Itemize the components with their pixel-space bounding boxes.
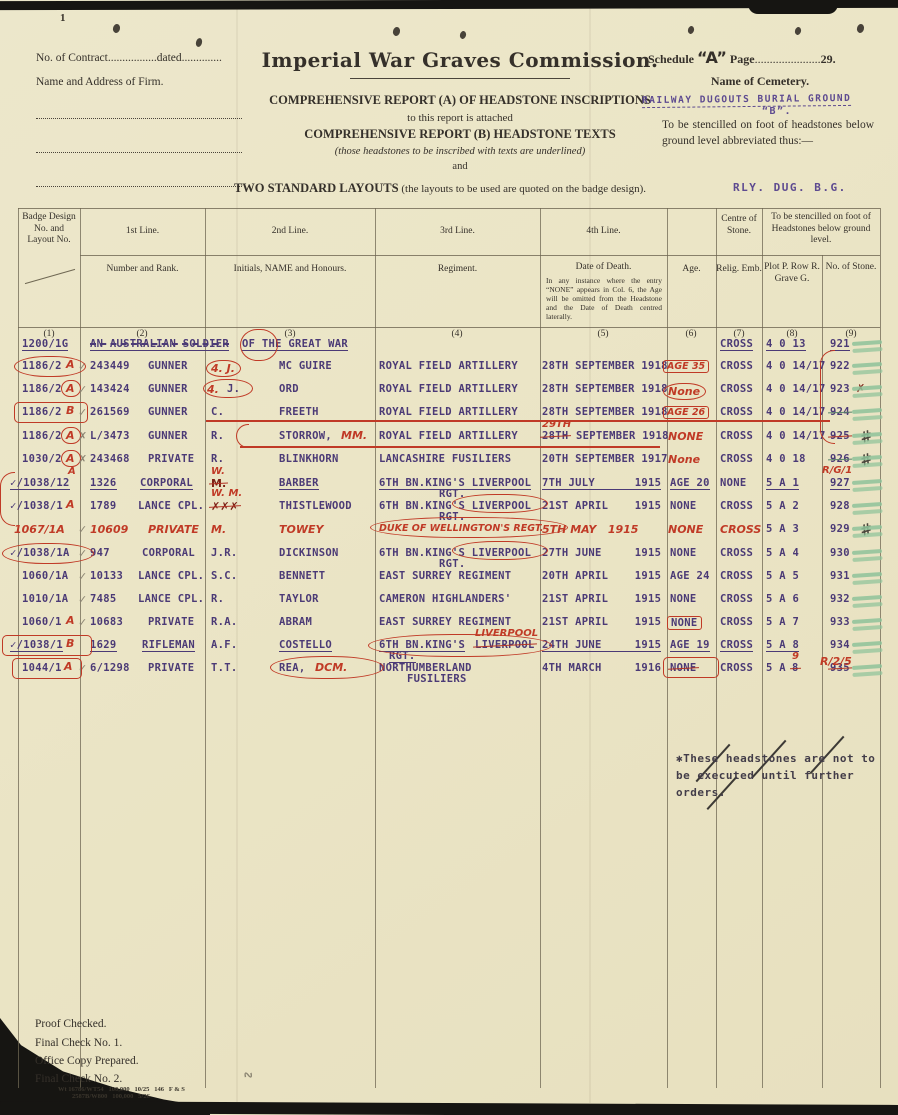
row-6-regt: LANCASHIRE FUSILIERS xyxy=(379,453,511,465)
row-7-badge: A xyxy=(68,466,76,477)
annotation-loop-14 xyxy=(368,634,552,657)
annotation-line-4 xyxy=(206,420,830,422)
row-11-emb: CROSS xyxy=(720,570,753,582)
not-executed-note: ✱These headstones are not to be executed… xyxy=(676,750,876,801)
col-number-5: (5) xyxy=(583,329,623,341)
row-5-num: L/3473 xyxy=(90,430,130,442)
row-15-rank: PRIVATE xyxy=(148,662,194,674)
green-tick-row-4 xyxy=(852,408,882,414)
row-11-age: AGE 24 xyxy=(670,570,710,582)
row-9-age: NONE xyxy=(668,523,703,536)
row-13-badge: 1060/1 xyxy=(22,616,62,628)
row-15-regt: FUSILIERS xyxy=(407,673,467,685)
row-9-num: 10609 xyxy=(90,523,128,536)
col-header-no-of-stone: No. of Stone. xyxy=(824,262,878,274)
green-tick-row-11 xyxy=(852,572,882,578)
row-13-date: 21ST APRIL 1915 xyxy=(542,616,661,628)
row-1-num: AN AUSTRALIAN SOLDIER xyxy=(90,338,229,351)
row-6-num: 243468 xyxy=(90,453,130,465)
row-7-badge: ✓/1038/12 xyxy=(10,477,70,490)
row-11-badge: 1060/1A xyxy=(22,570,68,582)
row-14-date: 24TH JUNE 1915 xyxy=(542,639,661,652)
annotation-blob-22 xyxy=(112,23,121,34)
row-5-rank: GUNNER xyxy=(148,430,188,442)
col-header-3rd-line: 3rd Line. xyxy=(375,226,540,238)
row-3-rank: GUNNER xyxy=(148,383,188,395)
row-3-emb: CROSS xyxy=(720,383,753,395)
row-6-badge: 1030/2 xyxy=(22,453,62,465)
row-4-date: 28TH SEPTEMBER 1918 xyxy=(542,406,668,418)
row-5-badge: 1186/2 xyxy=(22,430,62,442)
green-tick-row-3 xyxy=(852,385,882,391)
row-7-num: 1326 xyxy=(90,477,117,490)
table-vline-7 xyxy=(762,208,763,1088)
row-8-name: THISTLEWOOD xyxy=(279,500,352,512)
row-15-date: 4TH MARCH 1916 xyxy=(542,662,661,674)
col-header-initials: Initials, NAME and Honours. xyxy=(205,264,375,276)
annotation-box-17 xyxy=(663,657,719,678)
check-office-copy: Office Copy Prepared. xyxy=(35,1055,139,1067)
row-12-regt: CAMERON HIGHLANDERS' xyxy=(379,593,511,605)
row-3-badge: 1186/2 xyxy=(22,383,62,395)
row-1-emb: CROSS xyxy=(720,338,753,351)
table-hline-0 xyxy=(18,208,880,209)
row-9-rank: PRIVATE xyxy=(148,523,199,536)
row-15-num: 6/1298 xyxy=(90,662,130,674)
row-10-age: NONE xyxy=(670,547,697,559)
row-9-badge: 1067/1A xyxy=(14,523,65,536)
row-13-stone: 933 xyxy=(830,616,850,628)
row-14-emb: CROSS xyxy=(720,639,753,652)
row-14-rank: RIFLEMAN xyxy=(142,639,195,652)
row-10-plot: 5 A 4 xyxy=(766,547,799,559)
col-header-number-rank: Number and Rank. xyxy=(80,264,205,276)
row-5-name: MM. xyxy=(341,429,367,442)
green-tick-row-13 xyxy=(852,618,882,624)
row-3-regt: ROYAL FIELD ARTILLERY xyxy=(379,383,518,395)
col-header-relig-emb: Relig. Emb. xyxy=(716,264,762,276)
annotation-loop-2 xyxy=(203,379,253,398)
row-14-num: 1629 xyxy=(90,639,117,652)
headstone-table: (1)(2)(3)(4)(5)(6)(7)(8)(9)1200/1GAN AUS… xyxy=(0,0,898,1115)
row-11-date: 20TH APRIL 1915 xyxy=(542,570,661,582)
row-8-init: W. M. xyxy=(211,488,242,499)
annotation-blob-27 xyxy=(794,26,802,35)
row-6-init: R. xyxy=(211,453,224,465)
row-2-plot: 4 0 14/17 xyxy=(766,360,826,372)
row-8-badge: A xyxy=(66,498,75,511)
row-13-rank: PRIVATE xyxy=(148,616,194,628)
row-13-emb: CROSS xyxy=(720,616,753,628)
row-10-init: J.R. xyxy=(211,547,238,559)
row-11-stone: 931 xyxy=(830,570,850,582)
row-5-regt: ROYAL FIELD ARTILLERY xyxy=(379,430,518,442)
row-9-name: TOWEY xyxy=(279,523,323,536)
row-1-plot: 4 0 13 xyxy=(766,338,806,351)
col-header-plot-row-grave: Plot P. Row R. Grave G. xyxy=(764,262,820,285)
row-2-regt: ROYAL FIELD ARTILLERY xyxy=(379,360,518,372)
annotation-blob-26 xyxy=(687,25,695,34)
col-header-date-of-death: Date of Death. xyxy=(540,262,667,274)
row-9-emb: CROSS xyxy=(720,523,761,536)
row-9-stone: 929 xyxy=(830,523,850,535)
row-14-age: AGE 19 xyxy=(670,639,710,652)
row-11-plot: 5 A 5 xyxy=(766,570,799,582)
row-3-check: ✓ xyxy=(78,383,87,396)
table-hline-2 xyxy=(18,327,880,328)
row-3-num: 143424 xyxy=(90,383,130,395)
row-5-date: 28TH xyxy=(542,430,569,442)
row-7-stone: R/G/1 xyxy=(822,465,852,476)
row-12-rank: LANCE CPL. xyxy=(138,593,204,605)
row-6-date: 20TH SEPTEMBER 1917 xyxy=(542,453,668,465)
row-13-badge: A xyxy=(66,614,75,627)
row-8-stone: 928 xyxy=(830,500,850,512)
row-4-regt: ROYAL FIELD ARTILLERY xyxy=(379,406,518,418)
row-12-plot: 5 A 6 xyxy=(766,593,799,605)
row-8-age: NONE xyxy=(670,500,697,512)
row-8-init: ✗✗✗ xyxy=(211,500,239,513)
col-header-date-note: In any instance where the entry “NONE” a… xyxy=(546,276,662,321)
green-tick-row-10 xyxy=(852,549,882,555)
annotation-arcl-5 xyxy=(236,424,249,448)
row-12-num: 7485 xyxy=(90,593,117,605)
row-2-age: AGE 35 xyxy=(663,360,709,373)
row-12-init: R. xyxy=(211,593,224,605)
annotation-blob-25 xyxy=(459,30,467,39)
row-12-name: TAYLOR xyxy=(279,593,319,605)
row-3-date: 28TH SEPTEMBER 1918 xyxy=(542,383,668,395)
row-7-age: AGE 20 xyxy=(670,477,710,490)
row-12-date: 21ST APRIL 1915 xyxy=(542,593,661,605)
row-13-num: 10683 xyxy=(90,616,123,628)
row-11-check: ✓ xyxy=(78,570,87,583)
check-proof: Proof Checked. xyxy=(35,1018,107,1030)
row-3-plot: 4 0 14/17 xyxy=(766,383,826,395)
check-final-2: Final Check No. 2. xyxy=(35,1073,122,1085)
row-7-name: BARBER xyxy=(279,477,319,490)
annotation-box-15 xyxy=(12,658,82,679)
row-5-name: STORROW, xyxy=(279,430,332,442)
row-12-emb: CROSS xyxy=(720,593,753,605)
green-tick-row-8 xyxy=(852,502,882,508)
row-6-rank: PRIVATE xyxy=(148,453,194,465)
row-7-init: W. xyxy=(211,466,225,477)
row-13-init: R.A. xyxy=(211,616,238,628)
row-11-num: 10133 xyxy=(90,570,123,582)
green-tick-row-2 xyxy=(852,362,882,368)
row-14-stone: 934 xyxy=(830,639,850,651)
scanned-form-page: 1 No. of Contract.................dated.… xyxy=(0,0,898,1115)
row-5-check: ✗ xyxy=(78,430,87,443)
green-tick-row-1 xyxy=(852,340,882,346)
not-executed-text: These headstones are not to be executed … xyxy=(676,752,875,799)
annotation-loop-9 xyxy=(452,494,548,513)
annotation-loop-10 xyxy=(370,517,568,538)
annotation-oval-1 xyxy=(14,356,86,377)
annotation-loop-12 xyxy=(452,541,548,560)
row-6-plot: 4 0 18 xyxy=(766,453,806,465)
col-header-stencil-foot: To be stencilled on foot of Headstones b… xyxy=(764,212,878,247)
row-2-emb: CROSS xyxy=(720,360,753,372)
table-vline-5 xyxy=(667,208,668,1088)
row-15-init: T.T. xyxy=(211,662,238,674)
row-15-plot: 8 xyxy=(792,662,799,674)
row-5-age: NONE xyxy=(668,430,703,443)
annotation-arcl-8 xyxy=(0,472,15,526)
row-5-emb: CROSS xyxy=(720,430,753,442)
row-2-name: MC GUIRE xyxy=(279,360,332,372)
imprint-line-1: Wt 16786/WT54 100,000 10/25 146 F & S xyxy=(58,1086,185,1093)
annotation-blob-23 xyxy=(195,37,203,47)
row-4-name: FREETH xyxy=(279,406,319,418)
row-2-num: 243449 xyxy=(90,360,130,372)
col-header-age: Age. xyxy=(667,264,716,276)
row-7-date: 7TH JULY 1915 xyxy=(542,477,661,490)
row-9-init: M. xyxy=(211,523,226,536)
row-4-age: AGE 26 xyxy=(663,406,709,419)
col-header-badge: Badge Design No. and Layout No. xyxy=(20,212,78,247)
row-5-init: R. xyxy=(211,430,224,442)
annotation-box-13 xyxy=(2,635,92,656)
table-vline-6 xyxy=(716,208,717,1088)
row-8-badge: ✓/1038/1 xyxy=(10,500,63,512)
row-4-num: 261569 xyxy=(90,406,130,418)
row-4-emb: CROSS xyxy=(720,406,753,418)
row-7-stone: 927 xyxy=(830,477,850,490)
row-15-plot: 5 A xyxy=(766,662,786,674)
row-4-init: C. xyxy=(211,406,224,418)
col-header-1st-line: 1st Line. xyxy=(80,226,205,238)
annotation-oval-11 xyxy=(2,543,94,564)
row-14-init: A.F. xyxy=(211,639,238,651)
row-9-plot: 5 A 3 xyxy=(766,523,799,535)
row-7-rank: CORPORAL xyxy=(140,477,193,490)
annotation-line-6 xyxy=(240,446,660,448)
imprint-line-2: 2587B/W800 100,000 5/26 xyxy=(72,1093,150,1100)
check-final-1: Final Check No. 1. xyxy=(35,1037,122,1049)
col-header-2nd-line: 2nd Line. xyxy=(205,226,375,238)
annotation-box-3 xyxy=(14,402,88,423)
row-15-plot: 9 xyxy=(792,651,799,662)
row-14-name: COSTELLO xyxy=(279,639,332,652)
row-8-rank: LANCE CPL. xyxy=(138,500,204,512)
row-13-regt: EAST SURREY REGIMENT xyxy=(379,616,511,628)
row-13-age: NONE xyxy=(667,616,702,630)
row-12-check: ✓ xyxy=(78,593,87,606)
row-6-name: BLINKHORN xyxy=(279,453,339,465)
row-8-num: 1789 xyxy=(90,500,117,512)
row-11-name: BENNETT xyxy=(279,570,325,582)
row-12-stone: 932 xyxy=(830,593,850,605)
row-7-emb: NONE xyxy=(720,477,747,489)
row-10-name: DICKINSON xyxy=(279,547,339,559)
row-10-rank: CORPORAL xyxy=(142,547,195,559)
row-3-age: None xyxy=(663,383,706,400)
row-8-emb: CROSS xyxy=(720,500,753,512)
row-4-plot: 4 0 14/17 xyxy=(766,406,826,418)
row-1-badge: 1200/1G xyxy=(22,338,68,351)
row-10-emb: CROSS xyxy=(720,547,753,559)
row-4-rank: GUNNER xyxy=(148,406,188,418)
green-tick-row-14 xyxy=(852,641,882,647)
row-5-date: SEPTEMBER 1918 xyxy=(576,430,669,442)
annotation-blob-24 xyxy=(392,26,401,37)
row-8-date: 21ST APRIL 1915 xyxy=(542,500,661,512)
col-number-4: (4) xyxy=(437,329,477,341)
row-11-rank: LANCE CPL. xyxy=(138,570,204,582)
row-10-regt: RGT. xyxy=(439,558,466,570)
row-11-regt: EAST SURREY REGIMENT xyxy=(379,570,511,582)
col-number-6: (6) xyxy=(671,329,711,341)
row-12-badge: 1010/1A xyxy=(22,593,68,605)
row-10-date: 27TH JUNE 1915 xyxy=(542,547,661,559)
row-11-init: S.C. xyxy=(211,570,238,582)
row-2-init: 4. J. xyxy=(206,360,241,377)
row-6-emb: CROSS xyxy=(720,453,753,465)
row-5-plot: 4 0 14/17 xyxy=(766,430,826,442)
row-15-stone: R/2/5 xyxy=(820,655,852,668)
green-tick-row-15 xyxy=(852,664,882,670)
row-2-rank: GUNNER xyxy=(148,360,188,372)
row-3-name: ORD xyxy=(279,383,299,395)
col-header-4th-line: 4th Line. xyxy=(540,226,667,238)
row-6-check: ✗ xyxy=(78,453,87,466)
row-13-name: ABRAM xyxy=(279,616,312,628)
row-6-age: None xyxy=(668,453,700,466)
green-tick-row-7 xyxy=(852,479,882,485)
row-8-plot: 5 A 2 xyxy=(766,500,799,512)
row-12-age: NONE xyxy=(670,593,697,605)
annotation-loop-16 xyxy=(270,656,384,679)
row-6-stone: 926 xyxy=(830,453,850,465)
annotation-loop-0 xyxy=(240,329,278,361)
annotation-arcl-7 xyxy=(820,350,835,444)
row-7-plot: 5 A 1 xyxy=(766,477,799,490)
green-tick-row-12 xyxy=(852,595,882,601)
annotation-blob-28 xyxy=(856,23,865,34)
table-hline-1 xyxy=(80,255,880,256)
row-9-check: ✓ xyxy=(78,523,87,536)
col-header-centre-of-stone: Centre of Stone. xyxy=(716,214,762,237)
row-10-stone: 930 xyxy=(830,547,850,559)
row-15-emb: CROSS xyxy=(720,662,753,674)
col-header-regiment: Regiment. xyxy=(375,264,540,276)
row-13-check: ✓ xyxy=(78,616,87,629)
row-2-date: 28TH SEPTEMBER 1918 xyxy=(542,360,668,372)
row-13-plot: 5 A 7 xyxy=(766,616,799,628)
